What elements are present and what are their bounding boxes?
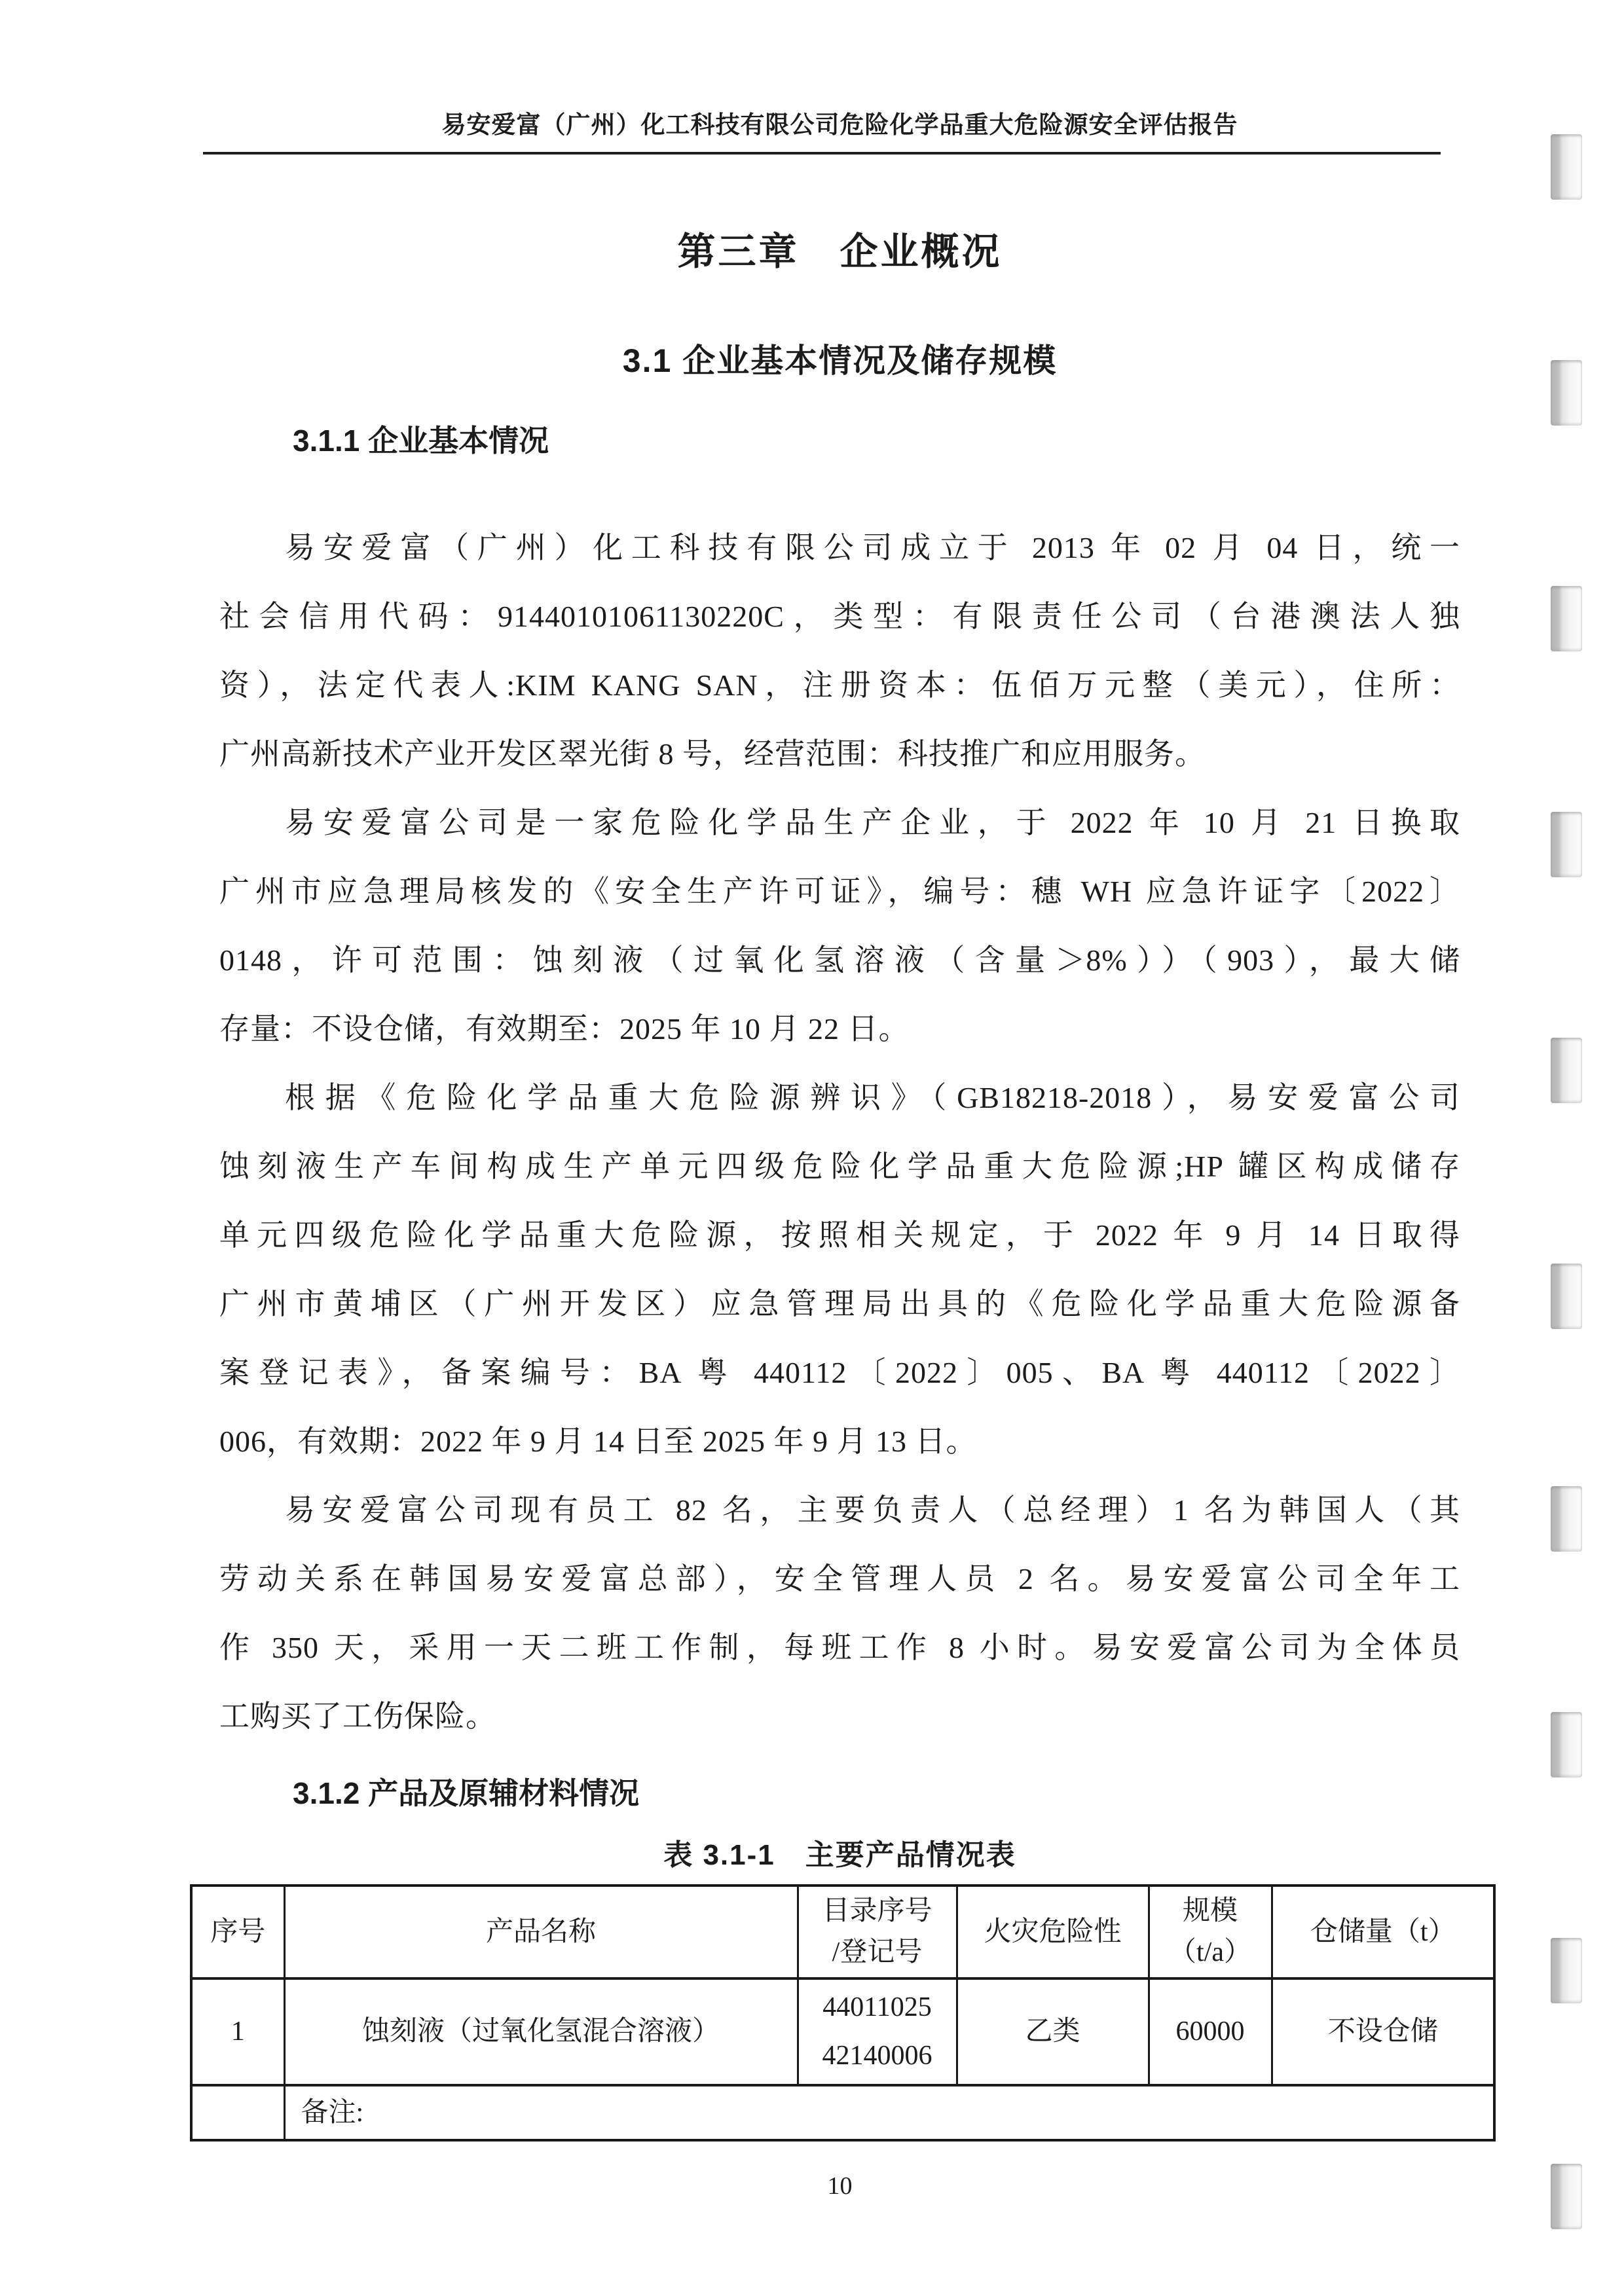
binding-mark-icon [1551,360,1582,426]
table-cell-empty [191,2085,284,2140]
body-line: 广州市黄埔区（广州开发区）应急管理局出具的《危险化学品重大危险源备 [219,1269,1460,1338]
products-table: 序号产品名称目录序号/登记号火灾危险性规模（t/a）仓储量（t）1蚀刻液（过氧化… [190,1884,1496,2141]
table-header-cell: 目录序号/登记号 [798,1886,957,1978]
binding-mark-icon [1551,1486,1582,1552]
page-header: 易安爱富（广州）化工科技有限公司危险化学品重大危险源安全评估报告 [219,110,1460,141]
binding-mark-icon [1551,134,1582,200]
page-number: 10 [219,2172,1460,2200]
body-line: 存量：不设仓储，有效期至：2025 年 10 月 22 日。 [219,994,1460,1063]
body-line: 006，有效期：2022 年 9 月 14 日至 2025 年 9 月 13 日… [219,1407,1460,1476]
body-line: 易安爱富公司是一家危险化学品生产企业，于 2022 年 10 月 21 日换取 [219,788,1460,857]
body-line: 易安爱富公司现有员工 82 名，主要负责人（总经理）1 名为韩国人（其 [219,1476,1460,1544]
body-line: 单元四级危险化学品重大危险源，按照相关规定，于 2022 年 9 月 14 日取… [219,1201,1460,1269]
table-cell: 乙类 [957,1978,1149,2085]
chapter-title: 第三章 企业概况 [219,228,1460,276]
binding-mark-icon [1551,1712,1582,1777]
body-line: 根据《危险化学品重大危险源辨识》（GB18218-2018），易安爱富公司 [219,1063,1460,1132]
body-line: 资），法定代表人:KIM KANG SAN，注册资本：伍佰万元整（美元），住所： [219,651,1460,720]
page-content: 易安爱富（广州）化工科技有限公司危险化学品重大危险源安全评估报告 第三章 企业概… [219,0,1460,2200]
binding-mark-icon [1551,1038,1582,1103]
body-line: 易安爱富（广州）化工科技有限公司成立于 2013 年 02 月 04 日，统一 [219,513,1460,582]
table-header-cell: 仓储量（t） [1272,1886,1494,1978]
body-text: 易安爱富（广州）化工科技有限公司成立于 2013 年 02 月 04 日，统一社… [219,513,1460,1751]
table-header-cell: 产品名称 [284,1886,798,1978]
binding-mark-icon [1551,1264,1582,1329]
header-title: 易安爱富（广州）化工科技有限公司危险化学品重大危险源安全评估报告 [442,112,1238,139]
table-header-cell: 火灾危险性 [957,1886,1149,1978]
document-page: 易安爱富（广州）化工科技有限公司危险化学品重大危险源安全评估报告 第三章 企业概… [0,0,1624,2296]
header-rule [203,152,1441,155]
body-line: 社会信用代码：91440101061130220C，类型：有限责任公司（台港澳法… [219,582,1460,651]
table-cell: 1 [191,1978,284,2085]
body-line: 广州市应急理局核发的《安全生产许可证》，编号：穗 WH 应急许证字〔2022〕 [219,857,1460,926]
subsection-title-312: 3.1.2 产品及原辅材料情况 [219,1773,1460,1813]
table-cell: 不设仓储 [1272,1978,1494,2085]
binding-mark-icon [1551,812,1582,877]
table-cell: 60000 [1149,1978,1272,2085]
remark-label: 备注: [284,2085,1494,2140]
table-header-cell: 规模（t/a） [1149,1886,1272,1978]
body-line: 案登记表》，备案编号：BA 粤 440112〔2022〕005、BA 粤 440… [219,1338,1460,1407]
binding-mark-icon [1551,1938,1582,2003]
section-title: 3.1 企业基本情况及储存规模 [219,339,1460,382]
binding-mark-icon [1551,2164,1582,2229]
table-caption: 表 3.1-1 主要产品情况表 [219,1837,1460,1874]
body-line: 工购买了工伤保险。 [219,1682,1460,1751]
table-cell: 4401102542140006 [798,1978,957,2085]
body-line: 作 350 天，采用一天二班工作制，每班工作 8 小时。易安爱富公司为全体员 [219,1613,1460,1682]
binding-mark-icon [1551,586,1582,651]
subsection-title-311: 3.1.1 企业基本情况 [219,420,1460,461]
body-line: 劳动关系在韩国易安爱富总部），安全管理人员 2 名。易安爱富公司全年工 [219,1544,1460,1613]
body-line: 广州高新技术产业开发区翠光街 8 号，经营范围：科技推广和应用服务。 [219,720,1460,788]
table-header-cell: 序号 [191,1886,284,1978]
table-cell: 蚀刻液（过氧化氢混合溶液） [284,1978,798,2085]
body-line: 0148，许可范围：蚀刻液（过氧化氢溶液（含量＞8%））（903），最大储 [219,926,1460,994]
body-line: 蚀刻液生产车间构成生产单元四级危险化学品重大危险源;HP 罐区构成储存 [219,1132,1460,1201]
